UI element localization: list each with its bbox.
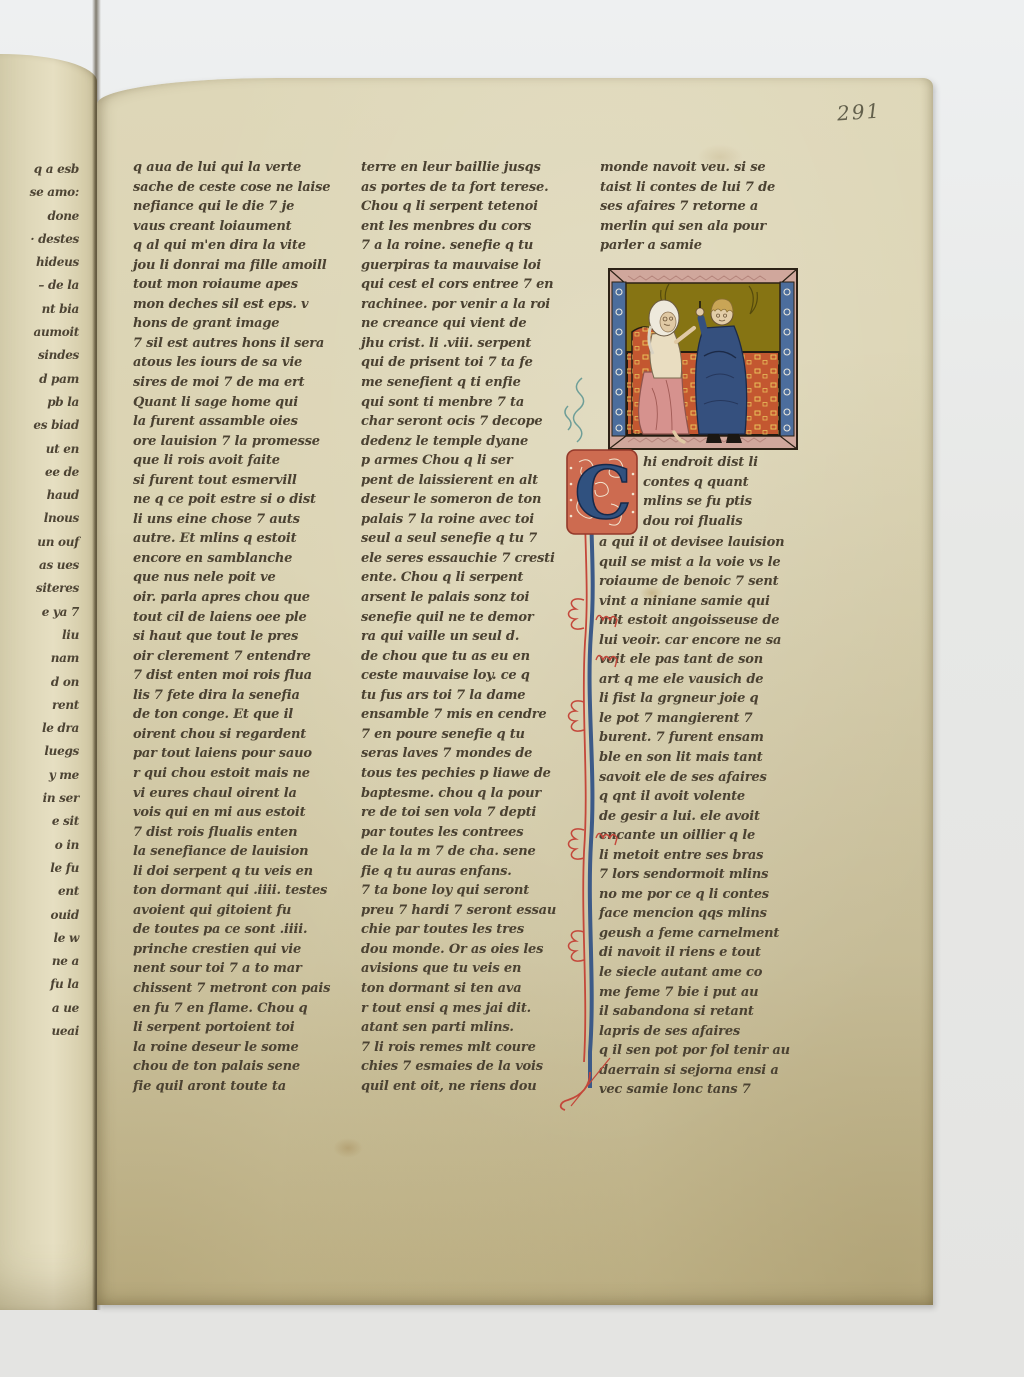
text-line: avoient qui gitoient fu (133, 901, 368, 921)
text-line: Quant li sage home qui (133, 393, 368, 413)
text-line: oirent chou si regardent (133, 725, 368, 745)
text-line: prinche crestien qui vie (133, 940, 368, 960)
margin-fragment-line: ouid (3, 904, 79, 927)
text-line: 7 a la roine. senefie q tu (361, 236, 596, 256)
margin-fragment-line: luegs (3, 740, 79, 763)
text-line: en fu 7 en flame. Chou q (133, 999, 368, 1019)
text-line: de ton conge. Et que il (133, 705, 368, 725)
text-line: oir. parla apres chou que (133, 588, 368, 608)
text-line: vi eures chaul oirent la (133, 784, 368, 804)
flourish-red-curls (596, 482, 617, 846)
text-line: de toutes pa ce sont .iiii. (133, 920, 368, 940)
text-line: jou li donrai ma fille amoill (133, 256, 368, 276)
text-line: qui de prisent toi 7 ta fe (361, 353, 596, 373)
text-line: jhu crist. li .viii. serpent (361, 334, 596, 354)
text-line: geush a feme carnelment (599, 924, 861, 944)
text-line: as portes de ta fort terese. (361, 178, 596, 198)
text-line: atous les iours de sa vie (133, 353, 368, 373)
margin-fragment-line: un ouf (3, 531, 79, 554)
margin-fragment-line: fu la (3, 973, 79, 996)
margin-fragment-line: se amo: (3, 181, 79, 204)
margin-fragment-line: – de la (3, 274, 79, 297)
text-line: 7 dist enten moi rois flua (133, 666, 368, 686)
text-column-3-top: monde navoit veu. si setaist li contes d… (600, 158, 860, 256)
text-line: hons de grant image (133, 314, 368, 334)
text-line: art q me ele vausich de (599, 670, 861, 690)
parchment-stain (333, 1138, 363, 1158)
margin-fragment-line: in ser (3, 787, 79, 810)
text-line: 7 dist rois flualis enten (133, 823, 368, 843)
text-line: le siecle autant ame co (599, 963, 861, 983)
margin-fragment-line: pb la (3, 391, 79, 414)
green-squiggle (565, 378, 584, 442)
initial-letter: C (574, 450, 631, 535)
text-line: daerrain si sejorna ensi a (599, 1061, 861, 1081)
text-line: la furent assamble oies (133, 412, 368, 432)
text-line: vint a niniane samie qui (599, 592, 861, 612)
text-line: terre en leur baillie jusqs (361, 158, 596, 178)
margin-fragment-line: · destes (3, 228, 79, 251)
margin-fragment-line: d on (3, 671, 79, 694)
text-line: mlt estoit angoisseuse de (599, 611, 861, 631)
illuminated-initial: C (565, 448, 639, 536)
folio-number: 291 (836, 98, 882, 125)
margin-fragment-line: ee de (3, 461, 79, 484)
text-line: nefiance qui le die 7 je (133, 197, 368, 217)
margin-fragment-line: aumoit (3, 321, 79, 344)
text-line: la senefiance de lauision (133, 842, 368, 862)
text-line: hi endroit dist li (643, 453, 859, 473)
margin-fragment-line: ueai (3, 1020, 79, 1043)
miniature-illustration (608, 268, 798, 450)
text-line: qui cest el cors entree 7 en (361, 275, 596, 295)
text-column-1: q aua de lui qui la vertesache de ceste … (133, 158, 368, 1096)
flourish-blue-bar (590, 454, 593, 1088)
manuscript-page: 291 q aua de lui qui la vertesache de ce… (97, 78, 933, 1305)
text-line: ne creance qui vient de (361, 314, 596, 334)
text-line: taist li contes de lui 7 de (600, 178, 860, 198)
margin-fragment-line: ut en (3, 438, 79, 461)
margin-fragment-line: done (3, 205, 79, 228)
margin-fragment-line: d pam (3, 368, 79, 391)
text-line: si haut que tout le pres (133, 627, 368, 647)
text-column-3-rest: a qui il ot devisee lauisionquil se mist… (599, 533, 861, 1100)
text-line: lapris de ses afaires (599, 1022, 861, 1042)
text-line: sache de ceste cose ne laise (133, 178, 368, 198)
text-line: quil se mist a la voie vs le (599, 553, 861, 573)
text-line: il sabandona si retant (599, 1002, 861, 1022)
margin-fragment-line: le dra (3, 717, 79, 740)
text-line: vois qui en mi aus estoit (133, 803, 368, 823)
margin-fragment-line: lnous (3, 507, 79, 530)
text-line: tout cil de laiens oee ple (133, 608, 368, 628)
text-line: q aua de lui qui la verte (133, 158, 368, 178)
text-line: li fist la grgneur joie q (599, 689, 861, 709)
margin-fragment-line: es biad (3, 414, 79, 437)
margin-fragment-line: siteres (3, 577, 79, 600)
margin-fragment-line: nt bia (3, 298, 79, 321)
text-line: fie quil aront toute ta (133, 1077, 368, 1097)
text-line: q qnt il avoit volente (599, 787, 861, 807)
text-line: mlins se fu ptis (643, 492, 859, 512)
text-line: lis 7 fete dira la senefia (133, 686, 368, 706)
text-line: q il sen pot por fol tenir au (599, 1041, 861, 1061)
text-line: burent. 7 furent ensam (599, 728, 861, 748)
text-line: savoit ele de ses afaires (599, 768, 861, 788)
margin-fragment-line: as ues (3, 554, 79, 577)
text-column-3-inset: hi endroit dist licontes q quantmlins se… (643, 453, 859, 531)
margin-fragment-line: le fu (3, 857, 79, 880)
margin-fragment-line: y me (3, 764, 79, 787)
manuscript-photo: q a esbse amo:done· desteshideus– de lan… (0, 0, 1024, 1377)
margin-fragment-line: ne a (3, 950, 79, 973)
text-line: di navoit il riens e tout (599, 943, 861, 963)
margin-fragment-line: haud (3, 484, 79, 507)
text-line: le pot 7 mangierent 7 (599, 709, 861, 729)
text-line: dou roi flualis (643, 512, 859, 532)
text-line: vaus creant loiaument (133, 217, 368, 237)
text-line: li uns eine chose 7 auts (133, 510, 368, 530)
margin-fragment-line: ent (3, 880, 79, 903)
text-line: voit ele pas tant de son (599, 650, 861, 670)
text-line: no me por ce q li contes (599, 885, 861, 905)
text-line: li serpent portoient toi (133, 1018, 368, 1038)
text-line: ne q ce poit estre si o dist (133, 490, 368, 510)
text-line: vec samie lonc tans 7 (599, 1080, 861, 1100)
text-line: me feme 7 bie i put au (599, 983, 861, 1003)
margin-text-fragments: q a esbse amo:done· desteshideus– de lan… (3, 158, 79, 1043)
margin-fragment-line: a ue (3, 997, 79, 1020)
text-line: contes q quant (643, 473, 859, 493)
text-line: oir clerement 7 entendre (133, 647, 368, 667)
text-line: parler a samie (600, 236, 860, 256)
text-line: face mencion qqs mlins (599, 904, 861, 924)
text-line: monde navoit veu. si se (600, 158, 860, 178)
text-line: mon deches sil est eps. v (133, 295, 368, 315)
text-line: 7 lors sendormoit mlins (599, 865, 861, 885)
text-line: li doi serpent q tu veis en (133, 862, 368, 882)
previous-folio-edge: q a esbse amo:done· desteshideus– de lan… (0, 54, 97, 1310)
margin-fragment-line: hideus (3, 251, 79, 274)
text-line: rachinee. por venir a la roi (361, 295, 596, 315)
margin-fragment-line: o in (3, 834, 79, 857)
text-line: encore en samblanche (133, 549, 368, 569)
text-line: r qui chou estoit mais ne (133, 764, 368, 784)
text-line: encante un oillier q le (599, 826, 861, 846)
text-line: sires de moi 7 de ma ert (133, 373, 368, 393)
text-line: roiaume de benoic 7 sent (599, 572, 861, 592)
text-line: que li rois avoit faite (133, 451, 368, 471)
miniature-scene (626, 283, 780, 443)
text-line: q al qui m'en dira la vite (133, 236, 368, 256)
text-line: ble en son lit mais tant (599, 748, 861, 768)
flourish-scallops (569, 475, 585, 961)
margin-fragment-line: le w (3, 927, 79, 950)
margin-fragment-line: nam (3, 647, 79, 670)
margin-fragment-line: liu (3, 624, 79, 647)
margin-fragment-line: q a esb (3, 158, 79, 181)
flourish-bottom-swash (561, 1058, 610, 1110)
text-line: si furent tout esmervill (133, 471, 368, 491)
text-line: chou de ton palais sene (133, 1057, 368, 1077)
margin-fragment-line: e ya 7 (3, 601, 79, 624)
text-line: lui veoir. car encore ne sa (599, 631, 861, 651)
text-line: de gesir a lui. ele avoit (599, 807, 861, 827)
text-line: par tout laiens pour sauo (133, 744, 368, 764)
text-line: que nus nele poit ve (133, 568, 368, 588)
text-line: merlin qui sen ala pour (600, 217, 860, 237)
text-line: li metoit entre ses bras (599, 846, 861, 866)
text-line: ton dormant qui .iiii. testes (133, 881, 368, 901)
text-line: 7 sil est autres hons il sera (133, 334, 368, 354)
text-line: ore lauision 7 la promesse (133, 432, 368, 452)
text-line: nent sour toi 7 a to mar (133, 959, 368, 979)
text-line: tout mon roiaume apes (133, 275, 368, 295)
text-line: la roine deseur le some (133, 1038, 368, 1058)
margin-fragment-line: rent (3, 694, 79, 717)
margin-fragment-line: e sit (3, 810, 79, 833)
text-line: chissent 7 metront con pais (133, 979, 368, 999)
text-line: autre. Et mlins q estoit (133, 529, 368, 549)
text-line: ses afaires 7 retorne a (600, 197, 860, 217)
text-line: ent les menbres du cors (361, 217, 596, 237)
text-line: guerpiras ta mauvaise loi (361, 256, 596, 276)
flourish-red-line (583, 458, 586, 1062)
text-line: Chou q li serpent tetenoi (361, 197, 596, 217)
margin-fragment-line: sindes (3, 344, 79, 367)
